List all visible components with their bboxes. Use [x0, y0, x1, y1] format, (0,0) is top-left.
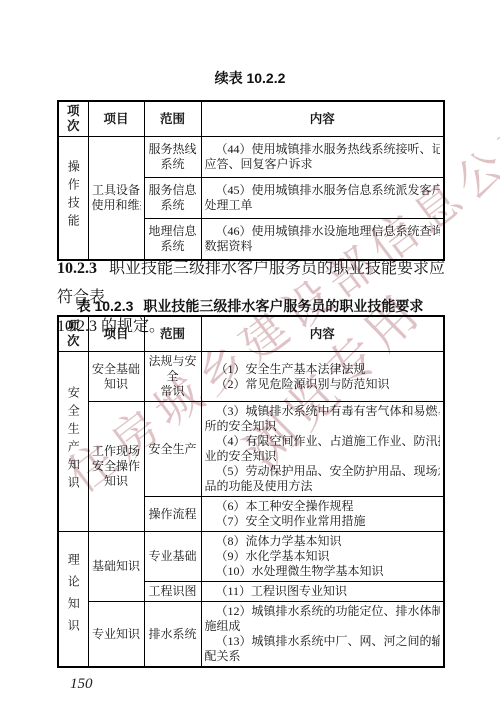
content-line: （44）使用城镇排水服务热线系统接听、记录、: [205, 142, 441, 157]
scope-cell: 工程识图: [144, 582, 201, 602]
scope-line: 安全生产: [148, 442, 198, 457]
scope-line: 排水系统: [148, 627, 198, 642]
content-cell: （12）城镇排水系统的功能定位、排水体制和设 施组成 （13）城镇排水系统中厂、…: [201, 602, 444, 668]
content-line: （46）使用城镇排水设施地理信息系统查询设施: [205, 224, 441, 239]
content-cell: （1）安全生产基本法律法规 （2）常见危险源识别与防范知识: [201, 352, 444, 402]
scope-line: 服务热线: [148, 142, 198, 157]
content-line: （4）有限空间作业、占道施工作业、防汛排涝作: [205, 434, 441, 449]
vertical-label: 理论知识: [67, 553, 79, 641]
project-line: 知识: [92, 377, 141, 392]
content-line: （3）城镇排水系统中有毒有害气体和易燃易爆场: [205, 404, 441, 419]
scope-line: 系统: [148, 198, 198, 213]
content-line: （12）城镇排水系统的功能定位、排水体制和设: [205, 604, 441, 619]
content-line: （13）城镇排水系统中厂、网、河之间的输送调: [205, 634, 441, 649]
header-cell-xiangci: 项次: [58, 316, 88, 352]
content-line: （9）水化学基本知识: [205, 549, 441, 564]
scope-line: 操作流程: [148, 507, 198, 522]
table-caption-label: 表 10.2.3: [77, 298, 134, 314]
header-cell-neirong: 内容: [201, 316, 444, 352]
project-line: 专业知识: [92, 627, 141, 642]
project-line: 基础知识: [92, 559, 141, 574]
content-line: 应答、回复客户诉求: [205, 157, 441, 172]
scope-cell: 安全生产: [144, 402, 201, 497]
content-cell: （11）工程识图专业知识: [201, 582, 444, 602]
content-cell: （6）本工种安全操作规程 （7）安全文明作业常用措施: [201, 497, 444, 532]
content-line: （2）常见危险源识别与防范知识: [205, 377, 441, 392]
group-cell-anquan-shengchan: 安全生产知识: [58, 352, 88, 532]
content-line: （6）本工种安全操作规程: [205, 499, 441, 514]
content-line: 所的安全知识: [205, 419, 441, 434]
scope-line: 工程识图: [148, 584, 198, 599]
content-cell: （8）流体力学基本知识 （9）水化学基本知识 （10）水处理微生物学基本知识: [201, 532, 444, 582]
content-line: （11）工程识图专业知识: [205, 584, 441, 599]
table-10-2-3: 项次 项目 范围 内容 安全生产知识 安全基础 知识 法规与安全 常识 （1）安…: [57, 315, 445, 668]
project-line: 工具设备: [92, 183, 141, 198]
header-cell-fanwei: 范围: [144, 316, 201, 352]
scope-cell: 法规与安全 常识: [144, 352, 201, 402]
header-cell-xiangci: 项次: [58, 101, 88, 137]
content-line: 数据资料: [205, 239, 441, 254]
document-page: 续表 10.2.2 项次 项目 范围 内容 操作技能 工具设备 使用和维护 服务…: [0, 0, 500, 724]
table-header-row: 项次 项目 范围 内容: [58, 316, 444, 352]
table-10-2-3-caption: 表 10.2.3职业技能三级排水客户服务员的职业技能要求: [0, 296, 500, 316]
project-line: 安全操作: [92, 459, 141, 474]
vertical-label: 操作技能: [67, 160, 79, 232]
content-line: （1）安全生产基本法律法规: [205, 362, 441, 377]
clause-number: 10.2.3: [57, 260, 97, 277]
vertical-label: 安全生产知识: [67, 386, 79, 494]
scope-cell: 服务信息 系统: [144, 178, 201, 219]
content-line: 处理工单: [205, 198, 441, 213]
scope-cell: 专业基础: [144, 532, 201, 582]
project-line: 使用和维护: [92, 198, 141, 213]
content-line: 施组成: [205, 619, 441, 634]
scope-line: 专业基础: [148, 549, 198, 564]
project-line: 知识: [92, 474, 141, 489]
content-line: （45）使用城镇排水服务信息系统派发客户诉求: [205, 183, 441, 198]
content-line: （7）安全文明作业常用措施: [205, 514, 441, 529]
header-cell-xiangmu: 项目: [88, 101, 144, 137]
scope-line: 系统: [148, 239, 198, 254]
table-row: 工作现场 安全操作 知识 安全生产 （3）城镇排水系统中有毒有害气体和易燃易爆场…: [58, 402, 444, 497]
header-cell-xiangmu: 项目: [88, 316, 144, 352]
table-row: 操作技能 工具设备 使用和维护 服务热线 系统 （44）使用城镇排水服务热线系统…: [58, 137, 444, 178]
table-row: 安全生产知识 安全基础 知识 法规与安全 常识 （1）安全生产基本法律法规 （2…: [58, 352, 444, 402]
scope-line: 法规与安全: [148, 354, 198, 384]
scope-line: 常识: [148, 384, 198, 399]
group-cell-lilun-zhishi: 理论知识: [58, 532, 88, 668]
project-cell: 安全基础 知识: [88, 352, 144, 402]
content-cell: （44）使用城镇排水服务热线系统接听、记录、 应答、回复客户诉求: [201, 137, 444, 178]
scope-line: 系统: [148, 157, 198, 172]
content-cell: （45）使用城镇排水服务信息系统派发客户诉求 处理工单: [201, 178, 444, 219]
group-cell-zhuanye-zhishi: 专业知识: [88, 602, 144, 668]
table-10-2-2-continued: 项次 项目 范围 内容 操作技能 工具设备 使用和维护 服务热线 系统 （44）…: [57, 100, 445, 261]
page-number: 150: [70, 676, 93, 693]
content-line: 配关系: [205, 649, 441, 664]
content-line: （8）流体力学基本知识: [205, 534, 441, 549]
continued-table-caption: 续表 10.2.2: [0, 68, 500, 88]
scope-line: 服务信息: [148, 183, 198, 198]
group-cell-caozuo-jineng: 操作技能: [58, 137, 88, 261]
scope-cell: 操作流程: [144, 497, 201, 532]
table-row: 专业知识 排水系统 （12）城镇排水系统的功能定位、排水体制和设 施组成 （13…: [58, 602, 444, 668]
header-cell-fanwei: 范围: [144, 101, 201, 137]
header-cell-neirong: 内容: [201, 101, 444, 137]
content-line: （10）水处理微生物学基本知识: [205, 564, 441, 579]
content-line: （5）劳动保护用品、安全防护用品、现场急救用: [205, 464, 441, 479]
table-caption-title: 职业技能三级排水客户服务员的职业技能要求: [143, 298, 423, 314]
project-line: 安全基础: [92, 362, 141, 377]
scope-line: 地理信息: [148, 224, 198, 239]
group-cell-jichu-zhishi: 基础知识: [88, 532, 144, 602]
table-header-row: 项次 项目 范围 内容: [58, 101, 444, 137]
content-line: 业的安全知识: [205, 449, 441, 464]
table-row: 理论知识 基础知识 专业基础 （8）流体力学基本知识 （9）水化学基本知识 （1…: [58, 532, 444, 582]
group-cell-gongju-shebei: 工具设备 使用和维护: [88, 137, 144, 261]
scope-cell: 排水系统: [144, 602, 201, 668]
content-cell: （3）城镇排水系统中有毒有害气体和易燃易爆场 所的安全知识 （4）有限空间作业、…: [201, 402, 444, 497]
group-cell-gongzuo-xianchang: 工作现场 安全操作 知识: [88, 402, 144, 532]
scope-cell: 服务热线 系统: [144, 137, 201, 178]
content-line: 品的功能及使用方法: [205, 479, 441, 494]
project-line: 工作现场: [92, 444, 141, 459]
